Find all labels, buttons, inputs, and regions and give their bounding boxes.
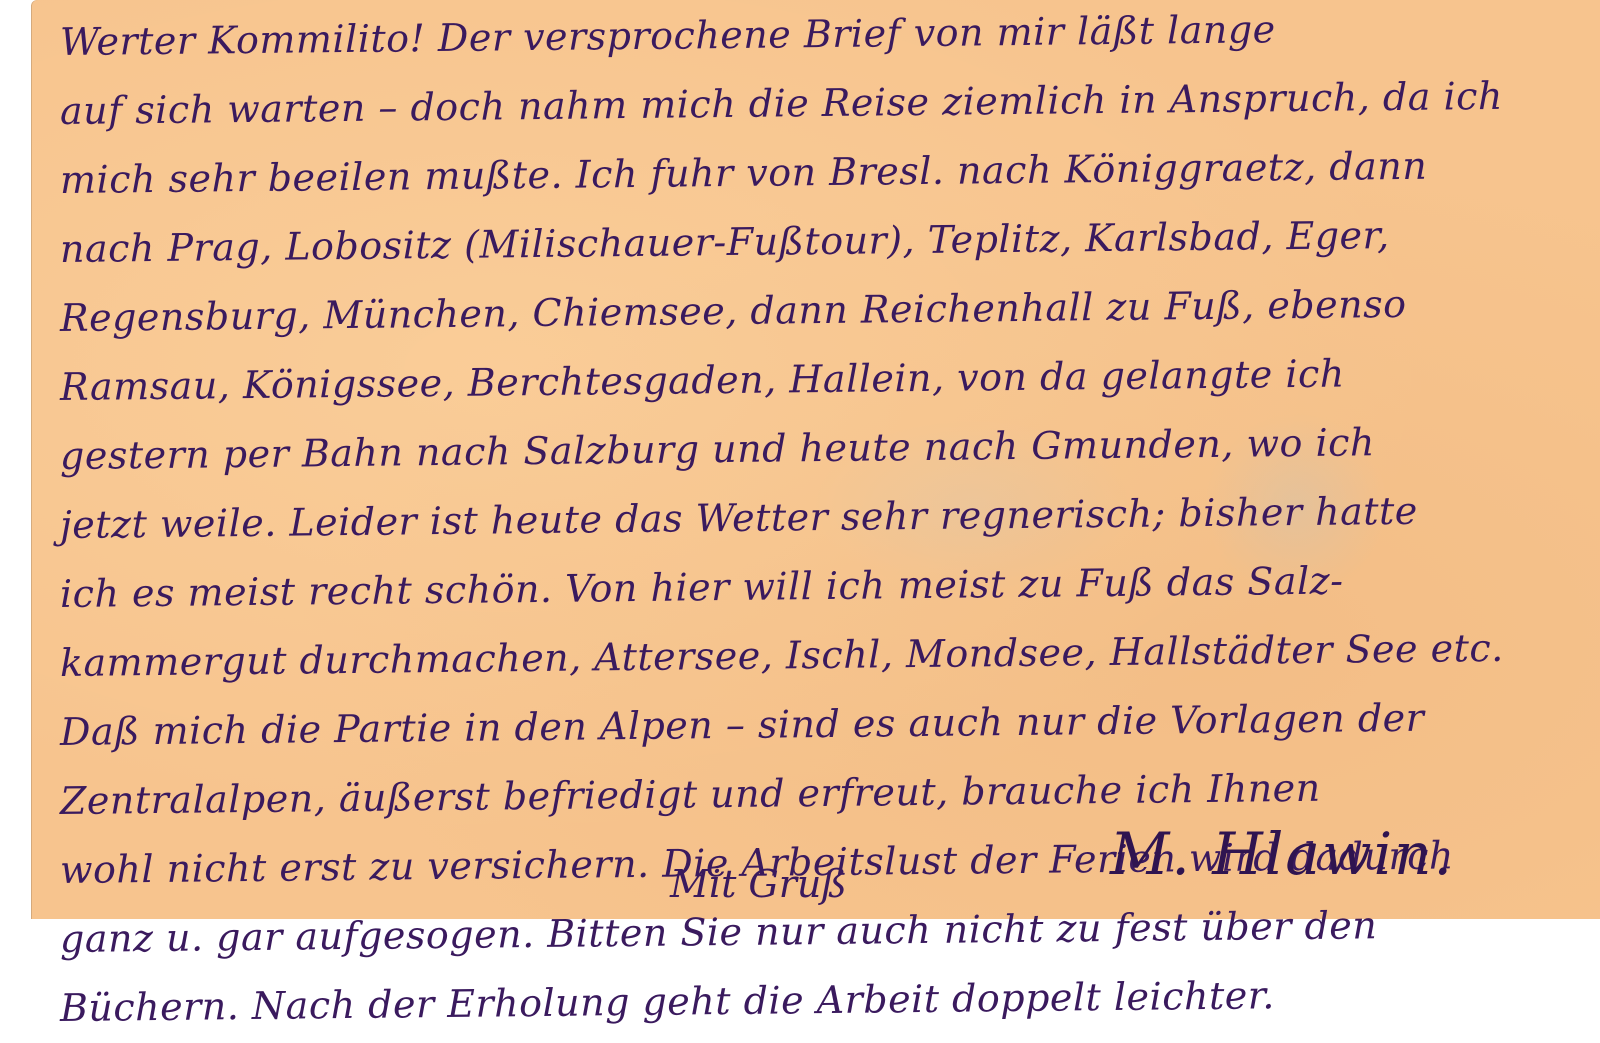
signature: M. Hlawin. (1110, 820, 1454, 888)
scanned-page: Werter Kommilito! Der versprochene Brief… (0, 0, 1600, 919)
letter-body: Werter Kommilito! Der versprochene Brief… (60, 8, 1590, 919)
closing-greeting: Mit Gruß (670, 862, 847, 906)
